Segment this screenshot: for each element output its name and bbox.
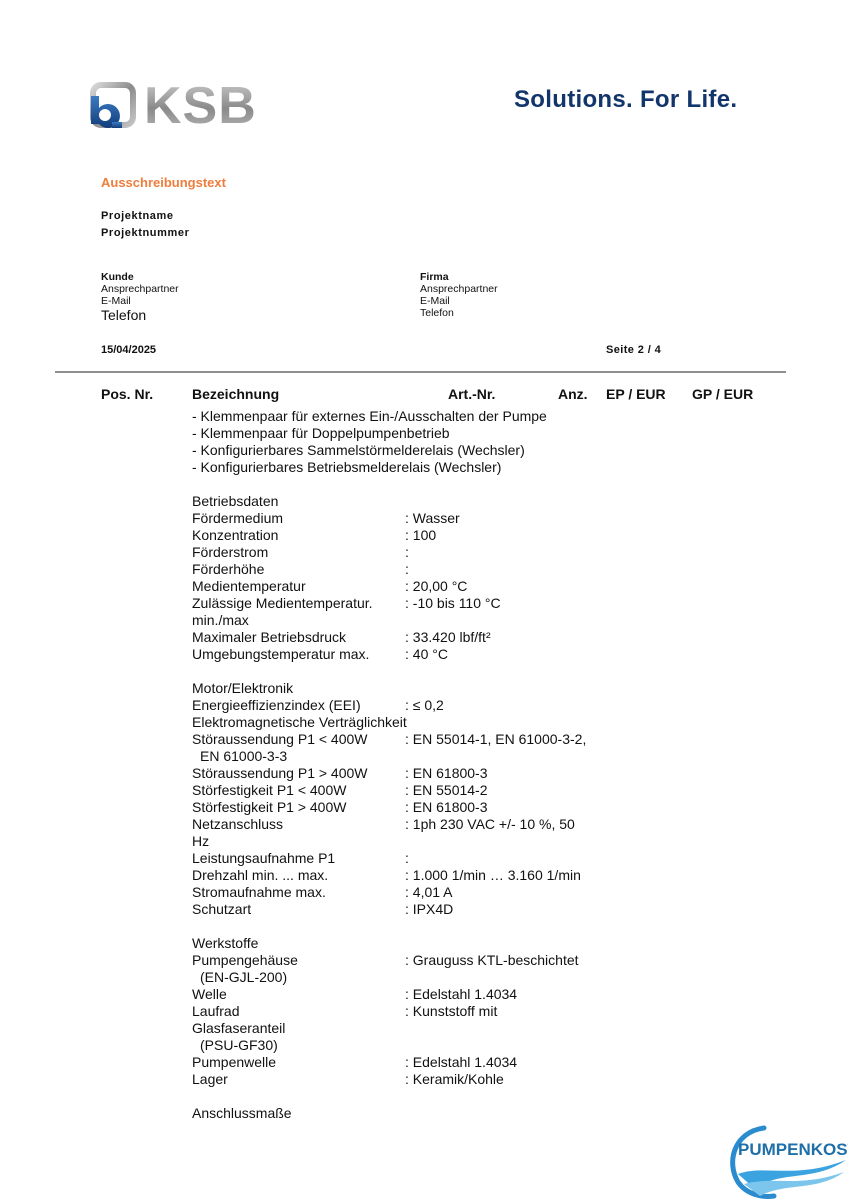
spec-label: Betriebsdaten (192, 493, 278, 510)
spec-label: Glasfaseranteil (192, 1020, 285, 1037)
spec-label: (EN-GJL-200) (200, 969, 287, 986)
spec-label: - Klemmenpaar für externes Ein-/Ausschal… (192, 408, 547, 425)
column-header-article: Art.-Nr. (448, 386, 495, 402)
spec-label: Förderstrom (192, 544, 268, 561)
spec-value: : 40 °C (405, 646, 448, 663)
company-contact-label: Ansprechpartner (420, 283, 498, 295)
spec-label: - Konfigurierbares Sammelstörmelderelais… (192, 442, 525, 459)
spec-label: Welle (192, 986, 227, 1003)
spec-value: : Wasser (405, 510, 460, 527)
spec-label: Konzentration (192, 527, 278, 544)
column-header-pos: Pos. Nr. (101, 386, 153, 402)
spec-label: Zulässige Medientemperatur. (192, 595, 373, 612)
spec-label: Störfestigkeit P1 < 400W (192, 782, 346, 799)
spec-label: Netzanschluss (192, 816, 283, 833)
spec-label: Energieeffizienzindex (EEI) (192, 697, 361, 714)
spec-label: Leistungsaufnahme P1 (192, 850, 335, 867)
spec-value: : 4,01 A (405, 884, 452, 901)
spec-label: Medientemperatur (192, 578, 306, 595)
spec-label: Störfestigkeit P1 > 400W (192, 799, 346, 816)
spec-label: Schutzart (192, 901, 251, 918)
spec-label: - Klemmenpaar für Doppelpumpenbetrieb (192, 425, 450, 442)
spec-label: Drehzahl min. ... max. (192, 867, 328, 884)
watermark-text: PUMPENKOST (738, 1140, 848, 1160)
spec-value: : EN 55014-2 (405, 782, 488, 799)
spec-label: EN 61000-3-3 (200, 748, 287, 765)
spec-value: : (405, 544, 409, 561)
spec-label: Motor/Elektronik (192, 680, 293, 697)
spec-label: Elektromagnetische Verträglichkeit (192, 714, 407, 731)
customer-contact-label: Ansprechpartner (101, 283, 179, 295)
ksb-logo: KSB (88, 80, 257, 132)
spec-label: Pumpengehäuse (192, 952, 298, 969)
customer-email-label: E-Mail (101, 295, 179, 307)
spec-label: Störaussendung P1 < 400W (192, 731, 368, 748)
spec-label: min./max (192, 612, 249, 629)
spec-label: (PSU-GF30) (200, 1037, 278, 1054)
column-header-total-price: GP / EUR (692, 386, 753, 402)
document-title: Ausschreibungstext (101, 175, 226, 190)
customer-heading: Kunde (101, 271, 179, 283)
project-number-label: Projektnummer (101, 227, 190, 239)
spec-label: Hz (192, 833, 209, 850)
header-divider (55, 371, 786, 373)
customer-block: Kunde Ansprechpartner E-Mail Telefon (101, 271, 179, 324)
spec-label: Stromaufnahme max. (192, 884, 326, 901)
column-header-description: Bezeichnung (192, 386, 279, 402)
spec-label: Fördermedium (192, 510, 283, 527)
spec-label: Lager (192, 1071, 228, 1088)
slogan: Solutions. For Life. (514, 86, 737, 114)
spec-value: : EN 61800-3 (405, 765, 488, 782)
spec-value: : 20,00 °C (405, 578, 467, 595)
spec-value: : EN 55014-1, EN 61000-3-2, (405, 731, 586, 748)
spec-label: Anschlussmaße (192, 1105, 292, 1122)
document-date: 15/04/2025 (101, 344, 156, 356)
spec-label: - Konfigurierbares Betriebsmelderelais (… (192, 459, 501, 476)
ksb-wordmark: KSB (144, 80, 257, 132)
company-phone-label: Telefon (420, 307, 498, 319)
company-heading: Firma (420, 271, 498, 283)
spec-label: Pumpenwelle (192, 1054, 276, 1071)
column-header-quantity: Anz. (558, 386, 588, 402)
spec-label: Förderhöhe (192, 561, 264, 578)
wave-logo-icon (724, 1122, 848, 1200)
spec-value: : Edelstahl 1.4034 (405, 1054, 517, 1071)
spec-value: : (405, 850, 409, 867)
spec-value: : Keramik/Kohle (405, 1071, 504, 1088)
spec-label: Laufrad (192, 1003, 239, 1020)
page-indicator: Seite 2 / 4 (606, 344, 661, 356)
company-email-label: E-Mail (420, 295, 498, 307)
spec-value: : (405, 561, 409, 578)
customer-phone-label: Telefon (101, 307, 179, 324)
spec-value: : Grauguss KTL-beschichtet (405, 952, 579, 969)
spec-value: : 1.000 1/min … 3.160 1/min (405, 867, 581, 884)
spec-label: Umgebungstemperatur max. (192, 646, 369, 663)
spec-value: : Edelstahl 1.4034 (405, 986, 517, 1003)
spec-label: Werkstoffe (192, 935, 258, 952)
project-name-label: Projektname (101, 210, 174, 222)
spec-value: : -10 bis 110 °C (405, 595, 501, 612)
pumpenkost-watermark: PUMPENKOST (724, 1122, 848, 1200)
ksb-logo-mark-icon (88, 82, 136, 130)
spec-value: : Kunststoff mit (405, 1003, 497, 1020)
company-block: Firma Ansprechpartner E-Mail Telefon (420, 271, 498, 319)
spec-value: : EN 61800-3 (405, 799, 488, 816)
spec-value: : 33.420 lbf/ft² (405, 629, 491, 646)
spec-label: Maximaler Betriebsdruck (192, 629, 346, 646)
spec-label: Störaussendung P1 > 400W (192, 765, 368, 782)
spec-value: : 100 (405, 527, 436, 544)
spec-value: : 1ph 230 VAC +/- 10 %, 50 (405, 816, 575, 833)
spec-value: : ≤ 0,2 (405, 697, 444, 714)
spec-value: : IPX4D (405, 901, 453, 918)
column-header-unit-price: EP / EUR (606, 386, 666, 402)
